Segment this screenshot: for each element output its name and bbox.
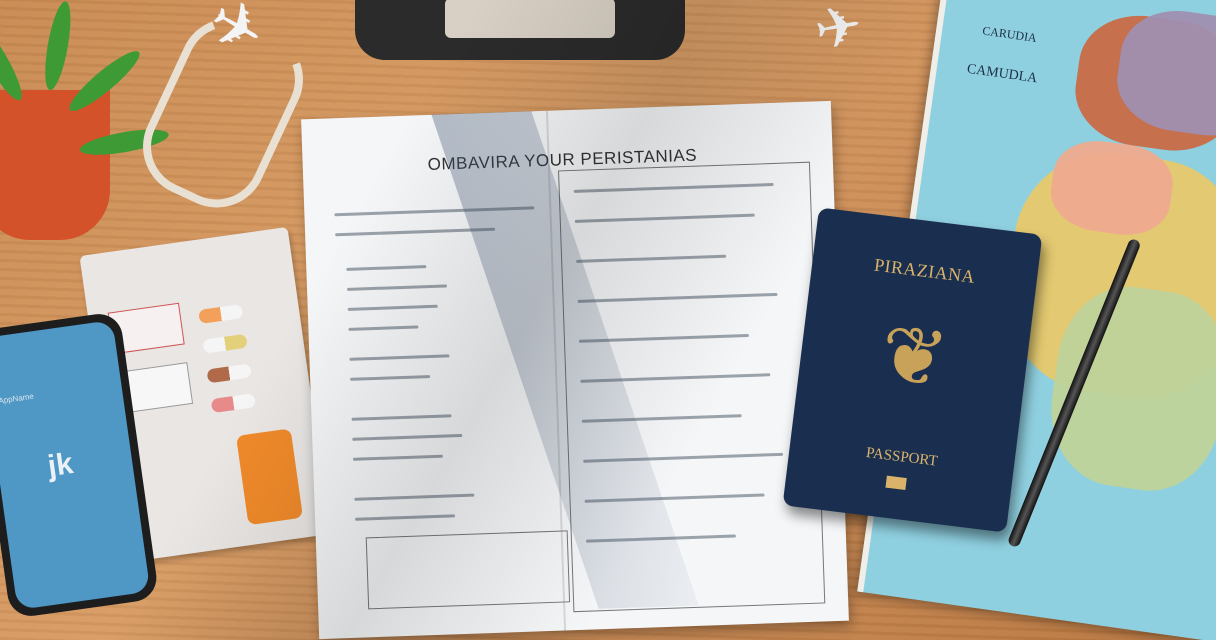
passport-country: PIRAZIANA: [812, 247, 1038, 295]
toy-airplane-icon: ✈: [810, 0, 866, 60]
app-logo: jk: [46, 447, 76, 484]
eagle-emblem-icon: ❦: [797, 297, 1032, 417]
passport: PIRAZIANA ❦ PASSPORT: [783, 207, 1043, 532]
camera: [355, 0, 685, 60]
potted-plant: [0, 90, 110, 240]
passport-label: PASSPORT: [789, 436, 1014, 480]
biometric-chip-icon: [885, 476, 906, 490]
